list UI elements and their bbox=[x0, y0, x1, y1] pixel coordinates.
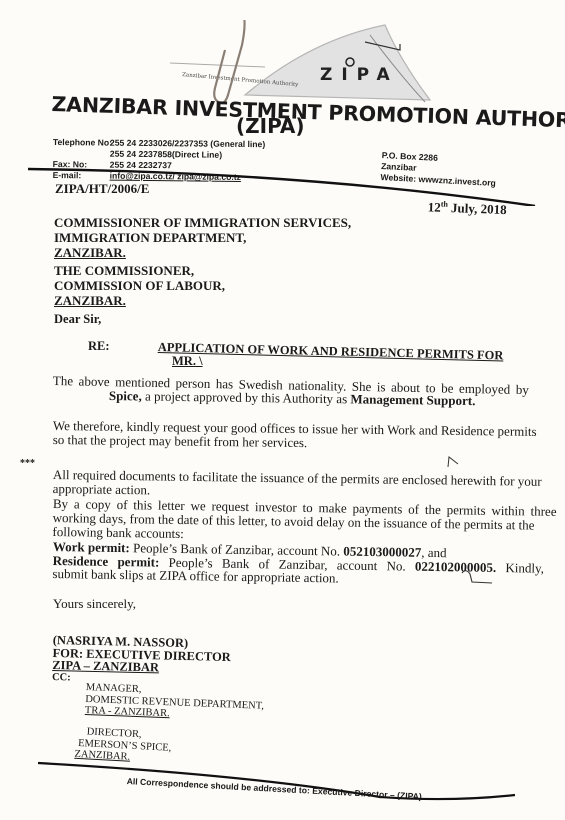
cc-recipient-1: MANAGER, DOMESTIC REVENUE DEPARTMENT, TR… bbox=[85, 682, 265, 723]
re-label: RE: bbox=[88, 339, 110, 354]
subject-line: APPLICATION OF WORK AND RESIDENCE PERMIT… bbox=[158, 340, 504, 363]
recipient-address-1: COMMISSIONER OF IMMIGRATION SERVICES, IM… bbox=[54, 215, 351, 260]
caret-mark-icon bbox=[448, 457, 458, 467]
recipient-address-2: THE COMMISSIONER, COMMISSION OF LABOUR, … bbox=[54, 263, 225, 308]
margin-marker: *** bbox=[20, 458, 35, 469]
svg-text:ZIPA: ZIPA bbox=[320, 65, 399, 85]
closing: Yours sincerely, bbox=[53, 596, 136, 612]
telephone-label: Telephone No: bbox=[53, 137, 110, 149]
paperclip-icon bbox=[214, 20, 244, 103]
bank-accounts: Work permit: People’s Bank of Zanzibar, … bbox=[52, 540, 544, 588]
salutation: Dear Sir, bbox=[54, 312, 101, 327]
signature-block: (NASRIYA M. NASSOR) FOR: EXECUTIVE DIREC… bbox=[52, 634, 231, 688]
organization-abbr: (ZIPA) bbox=[236, 114, 305, 138]
reference-number: ZIPA/HT/2006/E bbox=[55, 181, 149, 197]
telephone-general: 255 24 2233026/2237353 (General line) bbox=[110, 138, 265, 150]
zipa-triangle-logo-icon: ZIPA Zanzibar Investment Promotion Autho… bbox=[170, 25, 430, 102]
paragraph-2: We therefore, kindly request your good o… bbox=[53, 419, 537, 453]
subject-line-2: MR. \ bbox=[172, 354, 203, 369]
letter-date: 12th July, 2018 bbox=[427, 199, 507, 218]
paragraph-1-continued: Spice, a project approved by this Author… bbox=[109, 389, 476, 408]
